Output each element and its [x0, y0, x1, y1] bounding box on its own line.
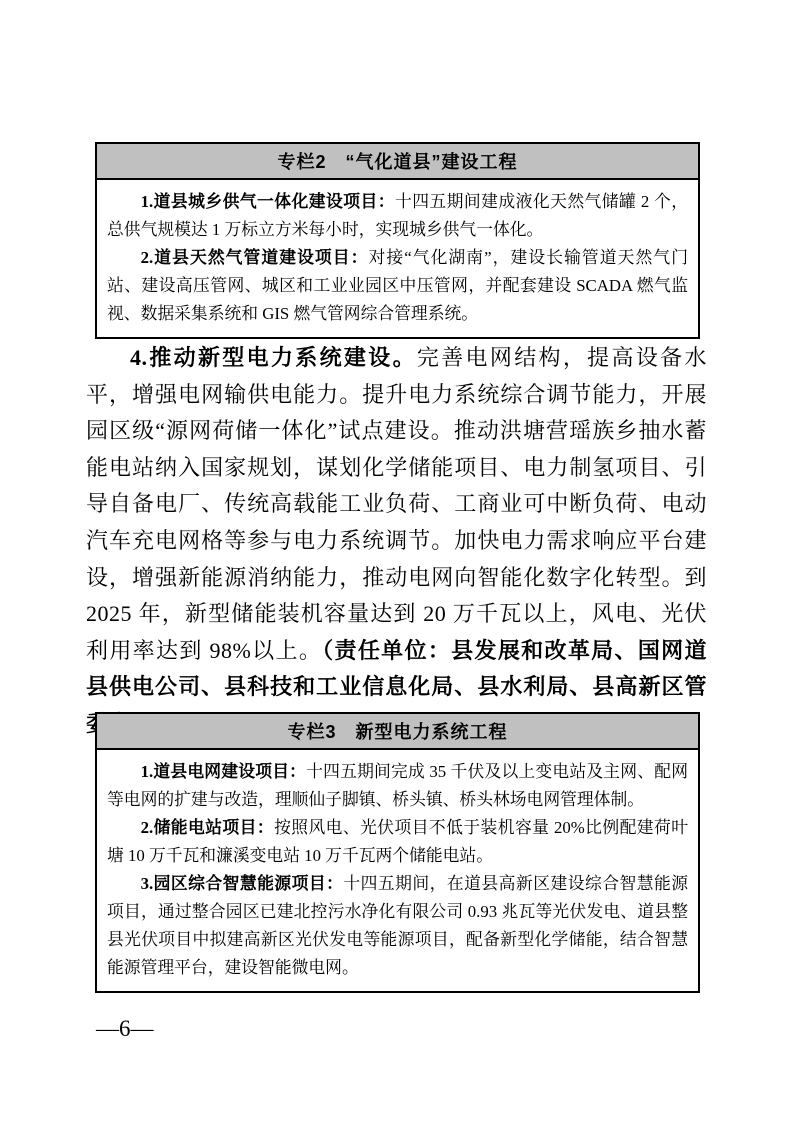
panel-item: 2.道县天然气管道建设项目：对接“气化湖南”，建设长输管道天然气门站、建设高压管…: [107, 244, 688, 328]
panel-power-title: 专栏3 新型电力系统工程: [287, 718, 507, 744]
panel-item: 1.道县城乡供气一体化建设项目：十四五期间建成液化天然气储罐 2 个，总供气规模…: [107, 188, 688, 244]
panel-item: 2.储能电站项目：按照风电、光伏项目不低于装机容量 20%比例配建荷叶塘 10 …: [107, 814, 688, 870]
document-page: 专栏2 “气化道县”建设工程 1.道县城乡供气一体化建设项目：十四五期间建成液化…: [0, 0, 793, 1122]
panel-gasification-header: 专栏2 “气化道县”建设工程: [97, 144, 698, 180]
paragraph-body: 完善电网结构，提高设备水平，增强电网输供电能力。提升电力系统综合调节能力，开展园…: [86, 345, 707, 663]
panel-power-system-project: 专栏3 新型电力系统工程 1.道县电网建设项目：十四五期间完成 35 千伏及以上…: [95, 712, 700, 993]
item-label: 1.道县城乡供气一体化建设项目：: [141, 192, 395, 211]
panel-gasification-project: 专栏2 “气化道县”建设工程 1.道县城乡供气一体化建设项目：十四五期间建成液化…: [95, 142, 700, 339]
item-label: 3.园区综合智慧能源项目：: [141, 874, 344, 893]
panel-power-header: 专栏3 新型电力系统工程: [97, 714, 698, 750]
main-paragraph: 4.推动新型电力系统建设。完善电网结构，提高设备水平，增强电网输供电能力。提升电…: [86, 340, 707, 743]
panel-item: 3.园区综合智慧能源项目：十四五期间，在道县高新区建设综合智慧能源项目，通过整合…: [107, 870, 688, 982]
panel-gasification-title: 专栏2 “气化道县”建设工程: [277, 148, 517, 174]
paragraph-lead: 4.推动新型电力系统建设。: [130, 345, 417, 370]
item-label: 1.道县电网建设项目：: [141, 762, 307, 781]
page-number: —6—: [96, 1016, 154, 1042]
panel-power-body: 1.道县电网建设项目：十四五期间完成 35 千伏及以上变电站及主网、配网等电网的…: [97, 750, 698, 991]
panel-item: 1.道县电网建设项目：十四五期间完成 35 千伏及以上变电站及主网、配网等电网的…: [107, 758, 688, 814]
panel-gasification-body: 1.道县城乡供气一体化建设项目：十四五期间建成液化天然气储罐 2 个，总供气规模…: [97, 180, 698, 337]
item-label: 2.道县天然气管道建设项目：: [141, 248, 369, 267]
item-label: 2.储能电站项目：: [141, 818, 274, 837]
